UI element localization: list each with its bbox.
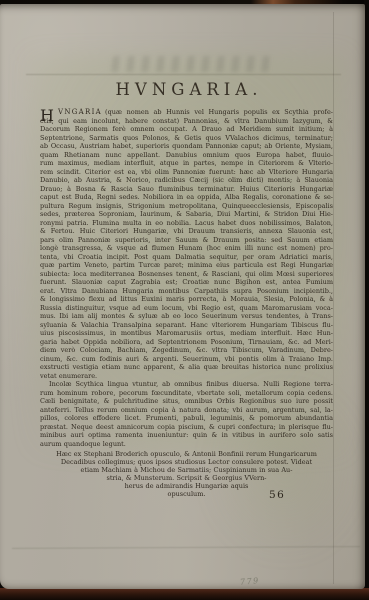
text-line: anteferri. Tellus rerum omnium copia à n… — [40, 406, 333, 415]
folio-number: 56 — [269, 489, 285, 501]
text-line: caput est Buda, Regni sedes. Nobiliora i… — [40, 193, 333, 202]
paragraph-3: Hæc ex Stephani Broderich opusculo, & An… — [40, 450, 333, 498]
text-line: Septentrione, Sarmatis quos Polonos, & G… — [40, 134, 333, 143]
text-line: syluania & Valachia Transalpina separant… — [40, 321, 333, 330]
text-line: herus de admirandis Hungariæ aquis — [40, 482, 333, 490]
book-photo: HVNGARIA. H VNGARIA (quæ nomen ab Hunnis… — [0, 0, 369, 600]
text-line: pultura Regum insignis, Strigonium metro… — [40, 202, 333, 211]
text-line: Cæli benignitate, & pulchritudine situs,… — [40, 397, 333, 406]
text-line: rum hominum robore, pecorum fœcunditate,… — [40, 389, 333, 398]
first-line-text: (quæ nomen ab Hunnis vel Hungaris populi… — [105, 108, 333, 117]
text-line: rem scindit. Citerior est ea, vbi olim P… — [40, 168, 333, 177]
text-line: Decadibus collegimus; quos ipsos studios… — [40, 458, 333, 466]
text-line: pars olim Pannoniæ superioris, inter Sau… — [40, 236, 333, 245]
text-line: exstructi vestigia etiam nunc apparent, … — [40, 363, 333, 372]
text-line: Dacorum Regionem ferè omnem occupat. A D… — [40, 125, 333, 134]
text-line: minibus auri optima ramenta inueniuntur:… — [40, 431, 333, 440]
text-line: etiam Machiam à Michou de Sarmatiis; Cus… — [40, 466, 333, 474]
text-line: Drauo; à Bosna & Rascia Sauo fluminibus … — [40, 185, 333, 194]
text-line: quam Rhetianam nunc appellant. Danubius … — [40, 151, 333, 160]
page-crease — [26, 74, 341, 75]
page-crease — [333, 12, 334, 584]
text-line: præstat. Neque deest amnicorum copia pis… — [40, 423, 333, 432]
text-line: diem verò Colociam, Bachiam, Zegedinum, … — [40, 346, 333, 355]
text-line: ronymi patria. Flumina multa in eo nobil… — [40, 219, 333, 228]
page-title: HVNGARIA. — [40, 80, 333, 99]
text-line: garia habet Oppida nobiliora, ad Septent… — [40, 338, 333, 347]
text-line: stria, & Munsterum. Scripsit & Georgius … — [40, 474, 333, 482]
text-line: tenta, vbi Croatia incipit. Post quam Da… — [40, 253, 333, 262]
text-line: erat. Vltra Danubiana Hungaria montibus … — [40, 287, 333, 296]
text-line: fuerunt. Slauoniæ caput Zagrabia est; Cr… — [40, 278, 333, 287]
text-line: rum maximus, mediam interfluit, atque in… — [40, 159, 333, 168]
text-line: pillos, colores effodere licet. Frumenti… — [40, 414, 333, 423]
book-page: HVNGARIA. H VNGARIA (quæ nomen ab Hunnis… — [0, 4, 365, 589]
text-line: Hæc ex Stephani Broderich opusculo, & An… — [40, 450, 333, 458]
text-line: vetat enumerare. — [40, 372, 333, 381]
text-block: H VNGARIA (quæ nomen ab Hunnis vel Hunga… — [40, 108, 333, 498]
text-line: ctis, qui eam incolunt, habere constat) … — [40, 117, 333, 126]
text-line: & Fertou. Huic Citeriori Hungariæ, vbi D… — [40, 227, 333, 236]
text-line: Russia distinguitur, vsque ad eum locum,… — [40, 304, 333, 313]
text-line: Incolæ Scythica lingua vtuntur, ab omnib… — [40, 380, 333, 389]
text-line: & longissimo flexu ad littus Euxini mari… — [40, 295, 333, 304]
text-line: quæ partim Veneto, partim Turcæ paret; m… — [40, 261, 333, 270]
text-line: Danubio, ab Austria, & Norico, radicibus… — [40, 176, 333, 185]
text-line: ab Occasu, Austriam habet, superioris qu… — [40, 142, 333, 151]
text-line: subiecta: loca mediterranea Bosnenses te… — [40, 270, 333, 279]
paragraph-1: H VNGARIA (quæ nomen ab Hunnis vel Hunga… — [40, 108, 333, 380]
text-line: sedes, præterea Soproniam, Iaurinum, & S… — [40, 210, 333, 219]
text-line: cinum, &c. cum fodinis auri & argenti. S… — [40, 355, 333, 364]
handwritten-mark: 779 — [240, 576, 260, 587]
page-showthrough-text — [111, 56, 271, 72]
text-line: VNGARIA (quæ nomen ab Hunnis vel Hungari… — [40, 108, 333, 117]
text-line: mus. Ibi iam alij montes & syluæ ab eo l… — [40, 312, 333, 321]
drop-cap: H — [40, 108, 54, 124]
text-line: longè transgressa, & vsque ad flumen Hun… — [40, 244, 333, 253]
paragraph-2: Incolæ Scythica lingua vtuntur, ab omnib… — [40, 380, 333, 448]
text-line: opusculum. — [40, 490, 333, 498]
opening-word: VNGARIA — [58, 108, 102, 117]
photo-edge-bottom — [0, 588, 369, 600]
text-line: aurum quandoque legunt. — [40, 440, 333, 449]
text-line: uius piscosissimus, in montibus Maromaru… — [40, 329, 333, 338]
